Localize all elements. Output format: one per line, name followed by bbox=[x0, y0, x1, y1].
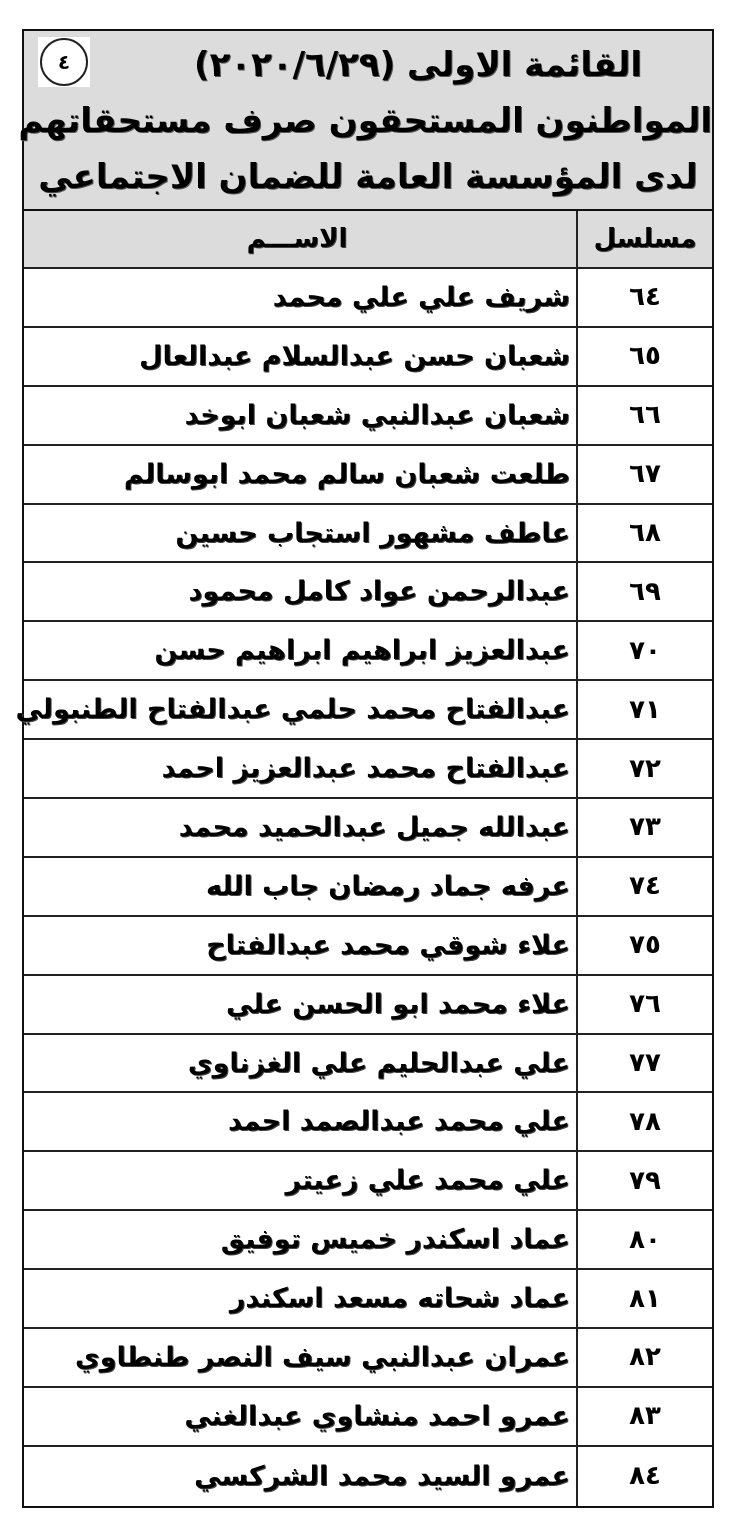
name-cell: عمرو احمد منشاوي عبدالغني bbox=[24, 1388, 576, 1445]
name-cell: عبدالله جميل عبدالحميد محمد bbox=[24, 799, 576, 856]
serial-cell: ٦٩ bbox=[576, 563, 712, 620]
serial-cell: ٧٣ bbox=[576, 799, 712, 856]
serial-cell: ٨١ bbox=[576, 1270, 712, 1327]
serial-cell: ٧٧ bbox=[576, 1035, 712, 1092]
column-header-name: الاســـم bbox=[24, 211, 576, 267]
serial-cell: ٧٤ bbox=[576, 858, 712, 915]
serial-cell: ٦٥ bbox=[576, 328, 712, 385]
name-cell: عماد اسكندر خميس توفيق bbox=[24, 1211, 576, 1268]
table-row: ٨٠عماد اسكندر خميس توفيق bbox=[24, 1211, 712, 1270]
table-header-row: مسلسل الاســـم bbox=[24, 211, 712, 269]
table-row: ٧٠عبدالعزيز ابراهيم ابراهيم حسن bbox=[24, 622, 712, 681]
name-cell: شعبان حسن عبدالسلام عبدالعال bbox=[24, 328, 576, 385]
serial-cell: ٨٢ bbox=[576, 1329, 712, 1386]
name-cell: علاء شوقي محمد عبدالفتاح bbox=[24, 917, 576, 974]
name-cell: علاء محمد ابو الحسن علي bbox=[24, 976, 576, 1033]
name-cell: عبدالفتاح محمد عبدالعزيز احمد bbox=[24, 740, 576, 797]
beneficiaries-list-sheet: ٤ القائمة الاولى (٢٠٢٠/٦/٢٩) المواطنون ا… bbox=[22, 29, 714, 1508]
name-cell: عمران عبدالنبي سيف النصر طنطاوي bbox=[24, 1329, 576, 1386]
serial-cell: ٦٧ bbox=[576, 446, 712, 503]
serial-cell: ٧٨ bbox=[576, 1093, 712, 1150]
table-row: ٧٤عرفه جماد رمضان جاب الله bbox=[24, 858, 712, 917]
title-block: ٤ القائمة الاولى (٢٠٢٠/٦/٢٩) المواطنون ا… bbox=[24, 31, 712, 211]
name-cell: عبدالعزيز ابراهيم ابراهيم حسن bbox=[24, 622, 576, 679]
list-number-badge: ٤ bbox=[40, 38, 88, 86]
list-number-badge-box: ٤ bbox=[38, 37, 90, 87]
table-row: ٧٨علي محمد عبدالصمد احمد bbox=[24, 1093, 712, 1152]
table-row: ٧٦علاء محمد ابو الحسن علي bbox=[24, 976, 712, 1035]
table-row: ٧٥علاء شوقي محمد عبدالفتاح bbox=[24, 917, 712, 976]
table-row: ٦٥شعبان حسن عبدالسلام عبدالعال bbox=[24, 328, 712, 387]
title-list-date: القائمة الاولى (٢٠٢٠/٦/٢٩) bbox=[24, 31, 712, 93]
table-row: ٧٣عبدالله جميل عبدالحميد محمد bbox=[24, 799, 712, 858]
name-cell: عماد شحاته مسعد اسكندر bbox=[24, 1270, 576, 1327]
table-row: ٨١عماد شحاته مسعد اسكندر bbox=[24, 1270, 712, 1329]
serial-cell: ٧٠ bbox=[576, 622, 712, 679]
table-row: ٦٨عاطف مشهور استجاب حسين bbox=[24, 505, 712, 564]
serial-cell: ٧١ bbox=[576, 681, 712, 738]
title-beneficiaries: المواطنون المستحقون صرف مستحقاتهم bbox=[24, 93, 712, 149]
name-cell: علي عبدالحليم علي الغزناوي bbox=[24, 1035, 576, 1092]
name-cell: طلعت شعبان سالم محمد ابوسالم bbox=[24, 446, 576, 503]
table-row: ٧٧علي عبدالحليم علي الغزناوي bbox=[24, 1035, 712, 1094]
name-cell: عبدالرحمن عواد كامل محمود bbox=[24, 563, 576, 620]
table-row: ٧١عبدالفتاح محمد حلمي عبدالفتاح الطنبولي bbox=[24, 681, 712, 740]
table-row: ٦٤شريف علي علي محمد bbox=[24, 269, 712, 328]
name-cell: عرفه جماد رمضان جاب الله bbox=[24, 858, 576, 915]
title-institution: لدى المؤسسة العامة للضمان الاجتماعي bbox=[24, 149, 712, 205]
table-row: ٦٦شعبان عبدالنبي شعبان ابوخد bbox=[24, 387, 712, 446]
serial-cell: ٦٨ bbox=[576, 505, 712, 562]
serial-cell: ٨٠ bbox=[576, 1211, 712, 1268]
serial-cell: ٧٢ bbox=[576, 740, 712, 797]
serial-cell: ٨٤ bbox=[576, 1447, 712, 1506]
beneficiaries-table: مسلسل الاســـم ٦٤شريف علي علي محمد٦٥شعبا… bbox=[24, 211, 712, 1506]
serial-cell: ٧٦ bbox=[576, 976, 712, 1033]
serial-cell: ٨٣ bbox=[576, 1388, 712, 1445]
table-row: ٧٢عبدالفتاح محمد عبدالعزيز احمد bbox=[24, 740, 712, 799]
serial-cell: ٧٩ bbox=[576, 1152, 712, 1209]
table-row: ٦٩عبدالرحمن عواد كامل محمود bbox=[24, 563, 712, 622]
column-header-serial: مسلسل bbox=[576, 211, 712, 267]
table-row: ٨٢عمران عبدالنبي سيف النصر طنطاوي bbox=[24, 1329, 712, 1388]
table-row: ٧٩علي محمد علي زعيتر bbox=[24, 1152, 712, 1211]
table-row: ٨٤عمرو السيد محمد الشركسي bbox=[24, 1447, 712, 1506]
name-cell: علي محمد علي زعيتر bbox=[24, 1152, 576, 1209]
name-cell: علي محمد عبدالصمد احمد bbox=[24, 1093, 576, 1150]
name-cell: عمرو السيد محمد الشركسي bbox=[24, 1447, 576, 1506]
serial-cell: ٦٦ bbox=[576, 387, 712, 444]
serial-cell: ٦٤ bbox=[576, 269, 712, 326]
name-cell: عبدالفتاح محمد حلمي عبدالفتاح الطنبولي bbox=[15, 681, 576, 738]
table-row: ٨٣عمرو احمد منشاوي عبدالغني bbox=[24, 1388, 712, 1447]
name-cell: شعبان عبدالنبي شعبان ابوخد bbox=[24, 387, 576, 444]
serial-cell: ٧٥ bbox=[576, 917, 712, 974]
table-row: ٦٧طلعت شعبان سالم محمد ابوسالم bbox=[24, 446, 712, 505]
name-cell: شريف علي علي محمد bbox=[24, 269, 576, 326]
name-cell: عاطف مشهور استجاب حسين bbox=[24, 505, 576, 562]
